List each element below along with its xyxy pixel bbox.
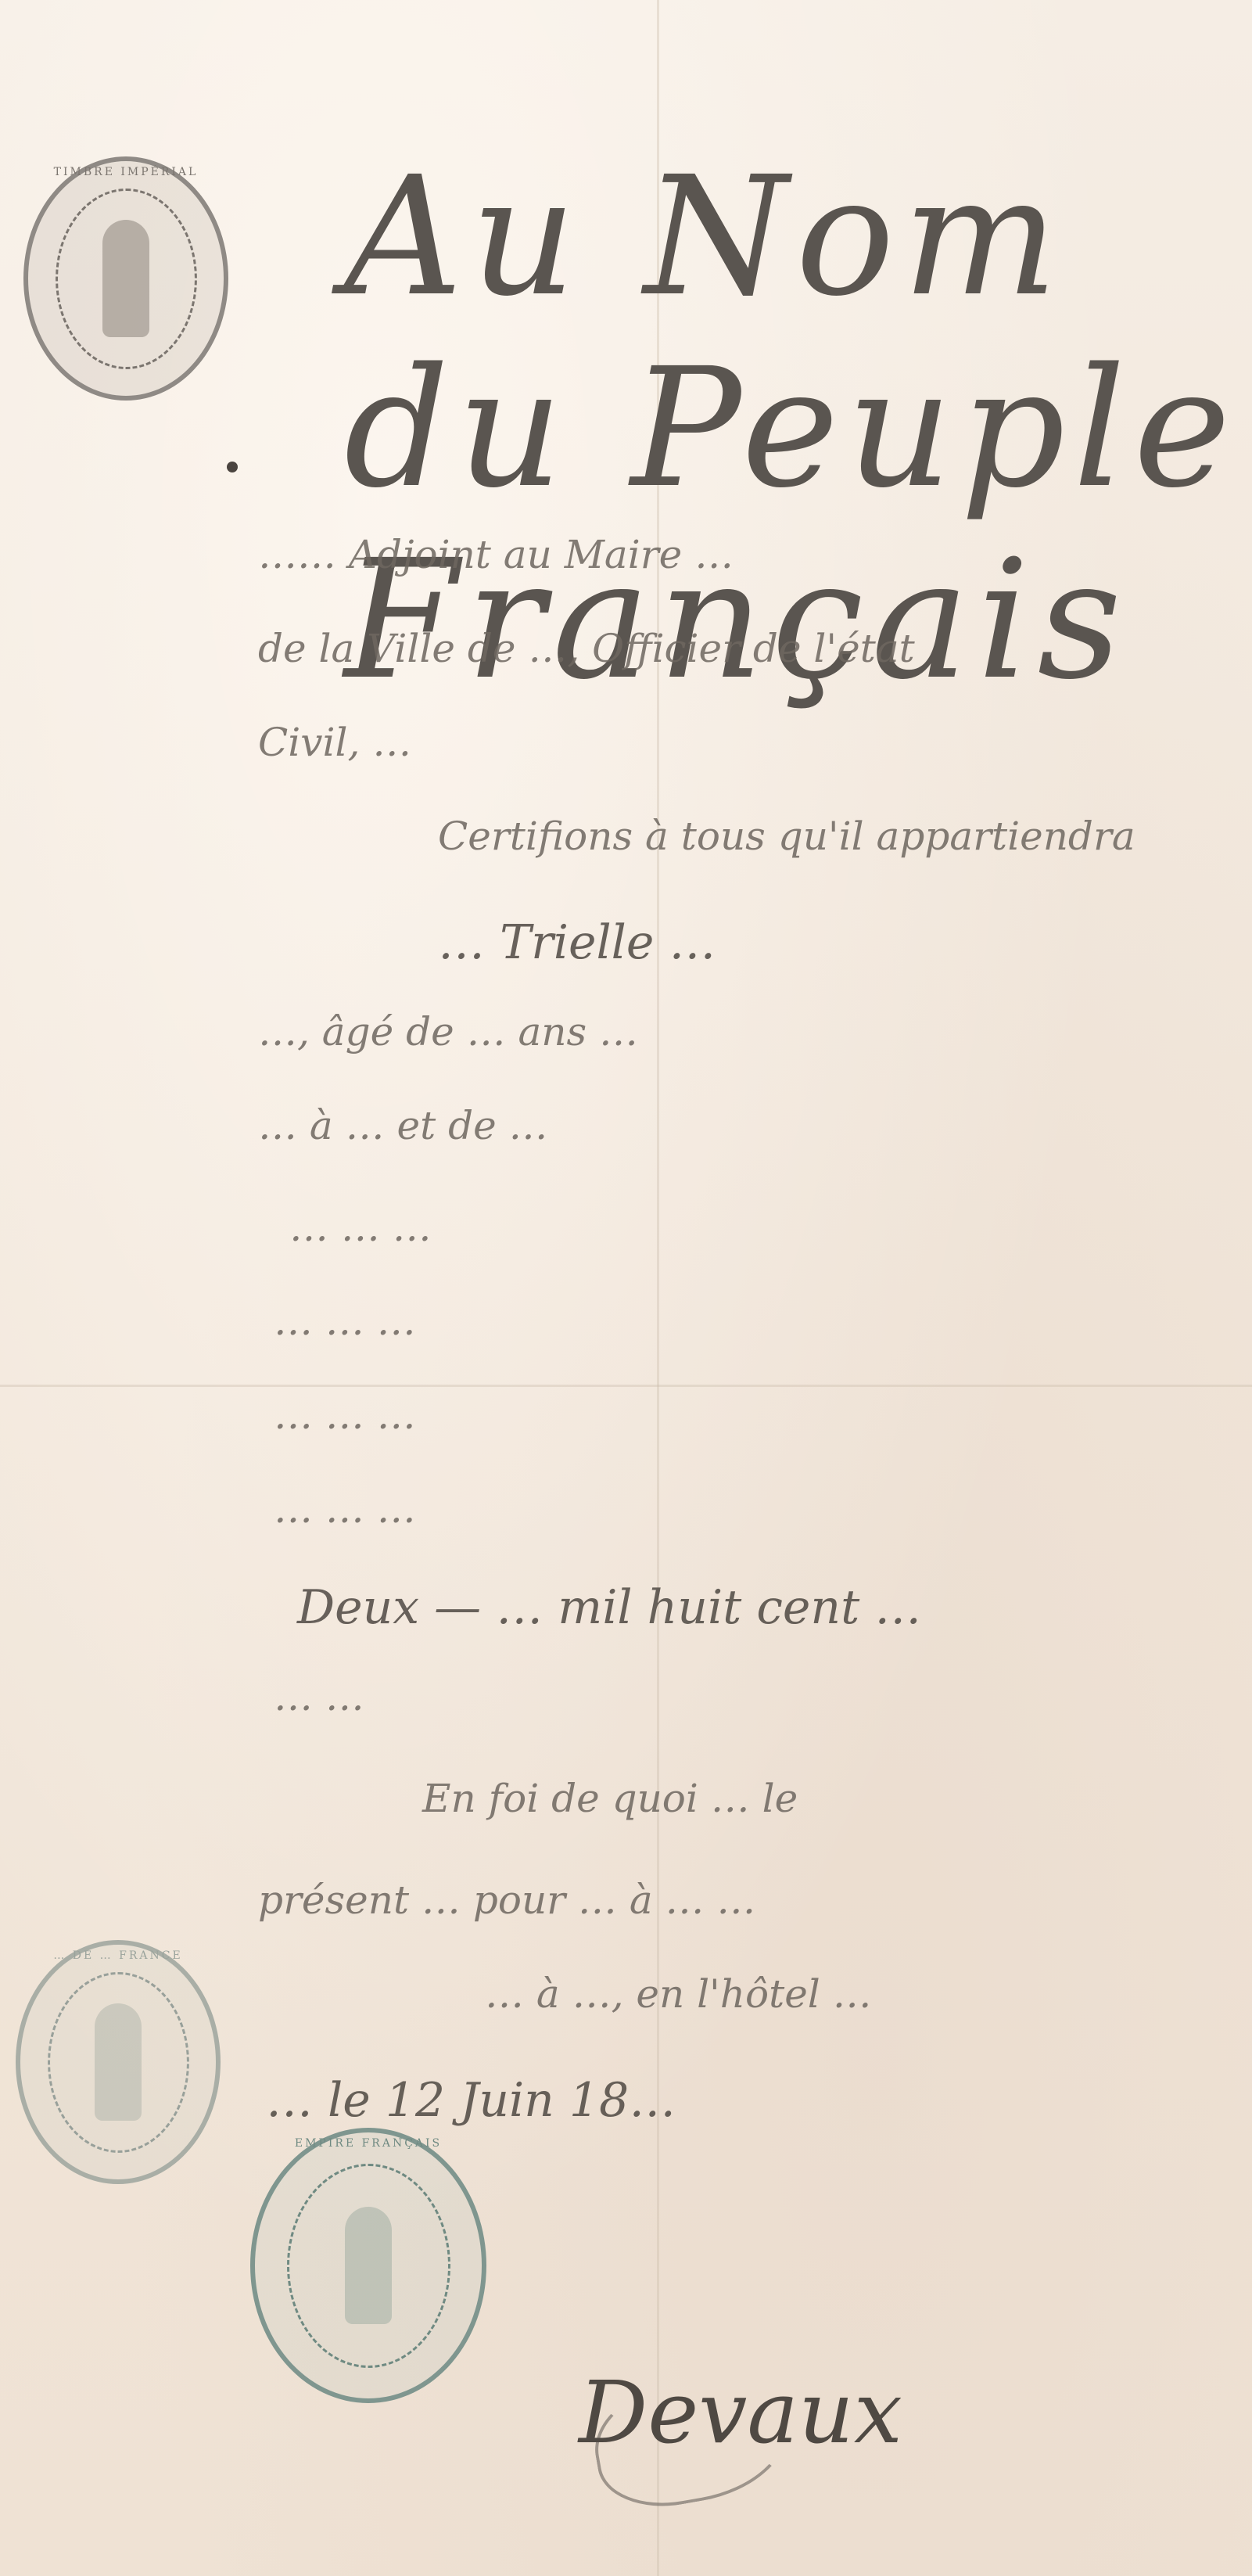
seal-emblem-icon [56, 189, 197, 369]
text-line: … … … [274, 1299, 416, 1344]
seal-bottom-left: … DE … FRANCE [16, 1940, 221, 2184]
seal-figure-icon [287, 2164, 450, 2368]
text-line: …… Adjoint au Maire … [258, 532, 734, 577]
text-line: Certifions à tous qu'il appartiendra [438, 814, 1135, 859]
horizontal-fold-line [0, 1385, 1252, 1387]
seal-top-left: TIMBRE IMPÉRIAL [23, 156, 228, 401]
signature: Devaux [579, 2362, 902, 2463]
seal-top-left-label: TIMBRE IMPÉRIAL [28, 166, 224, 178]
text-line: … … … [274, 1486, 416, 1532]
text-line: présent … pour … à … … [258, 1877, 755, 1923]
text-line: Deux — … mil huit cent … [297, 1580, 921, 1635]
seal-bottom-blue: EMPIRE FRANÇAIS [250, 2128, 486, 2403]
text-line: … … [274, 1674, 364, 1719]
text-line: Civil, … [258, 720, 411, 765]
text-line: de la Ville de …, Officier de l'état [258, 626, 915, 671]
text-line: … … … [274, 1392, 416, 1438]
seal-bottom-blue-label: EMPIRE FRANÇAIS [255, 2137, 482, 2150]
date-line: … le 12 Juin 18… [266, 2073, 676, 2128]
text-line: …, âgé de … ans … [258, 1009, 638, 1054]
text-line: … Trielle … [438, 915, 716, 970]
ink-dot [227, 462, 238, 472]
text-line: … à … et de … [258, 1103, 548, 1148]
text-line: En foi de quoi … le [422, 1776, 798, 1821]
seal-emblem-icon [48, 1972, 189, 2153]
seal-bottom-left-label: … DE … FRANCE [20, 1949, 216, 1962]
text-line: … à …, en l'hôtel … [485, 1971, 872, 2017]
text-line: … … … [289, 1205, 432, 1250]
